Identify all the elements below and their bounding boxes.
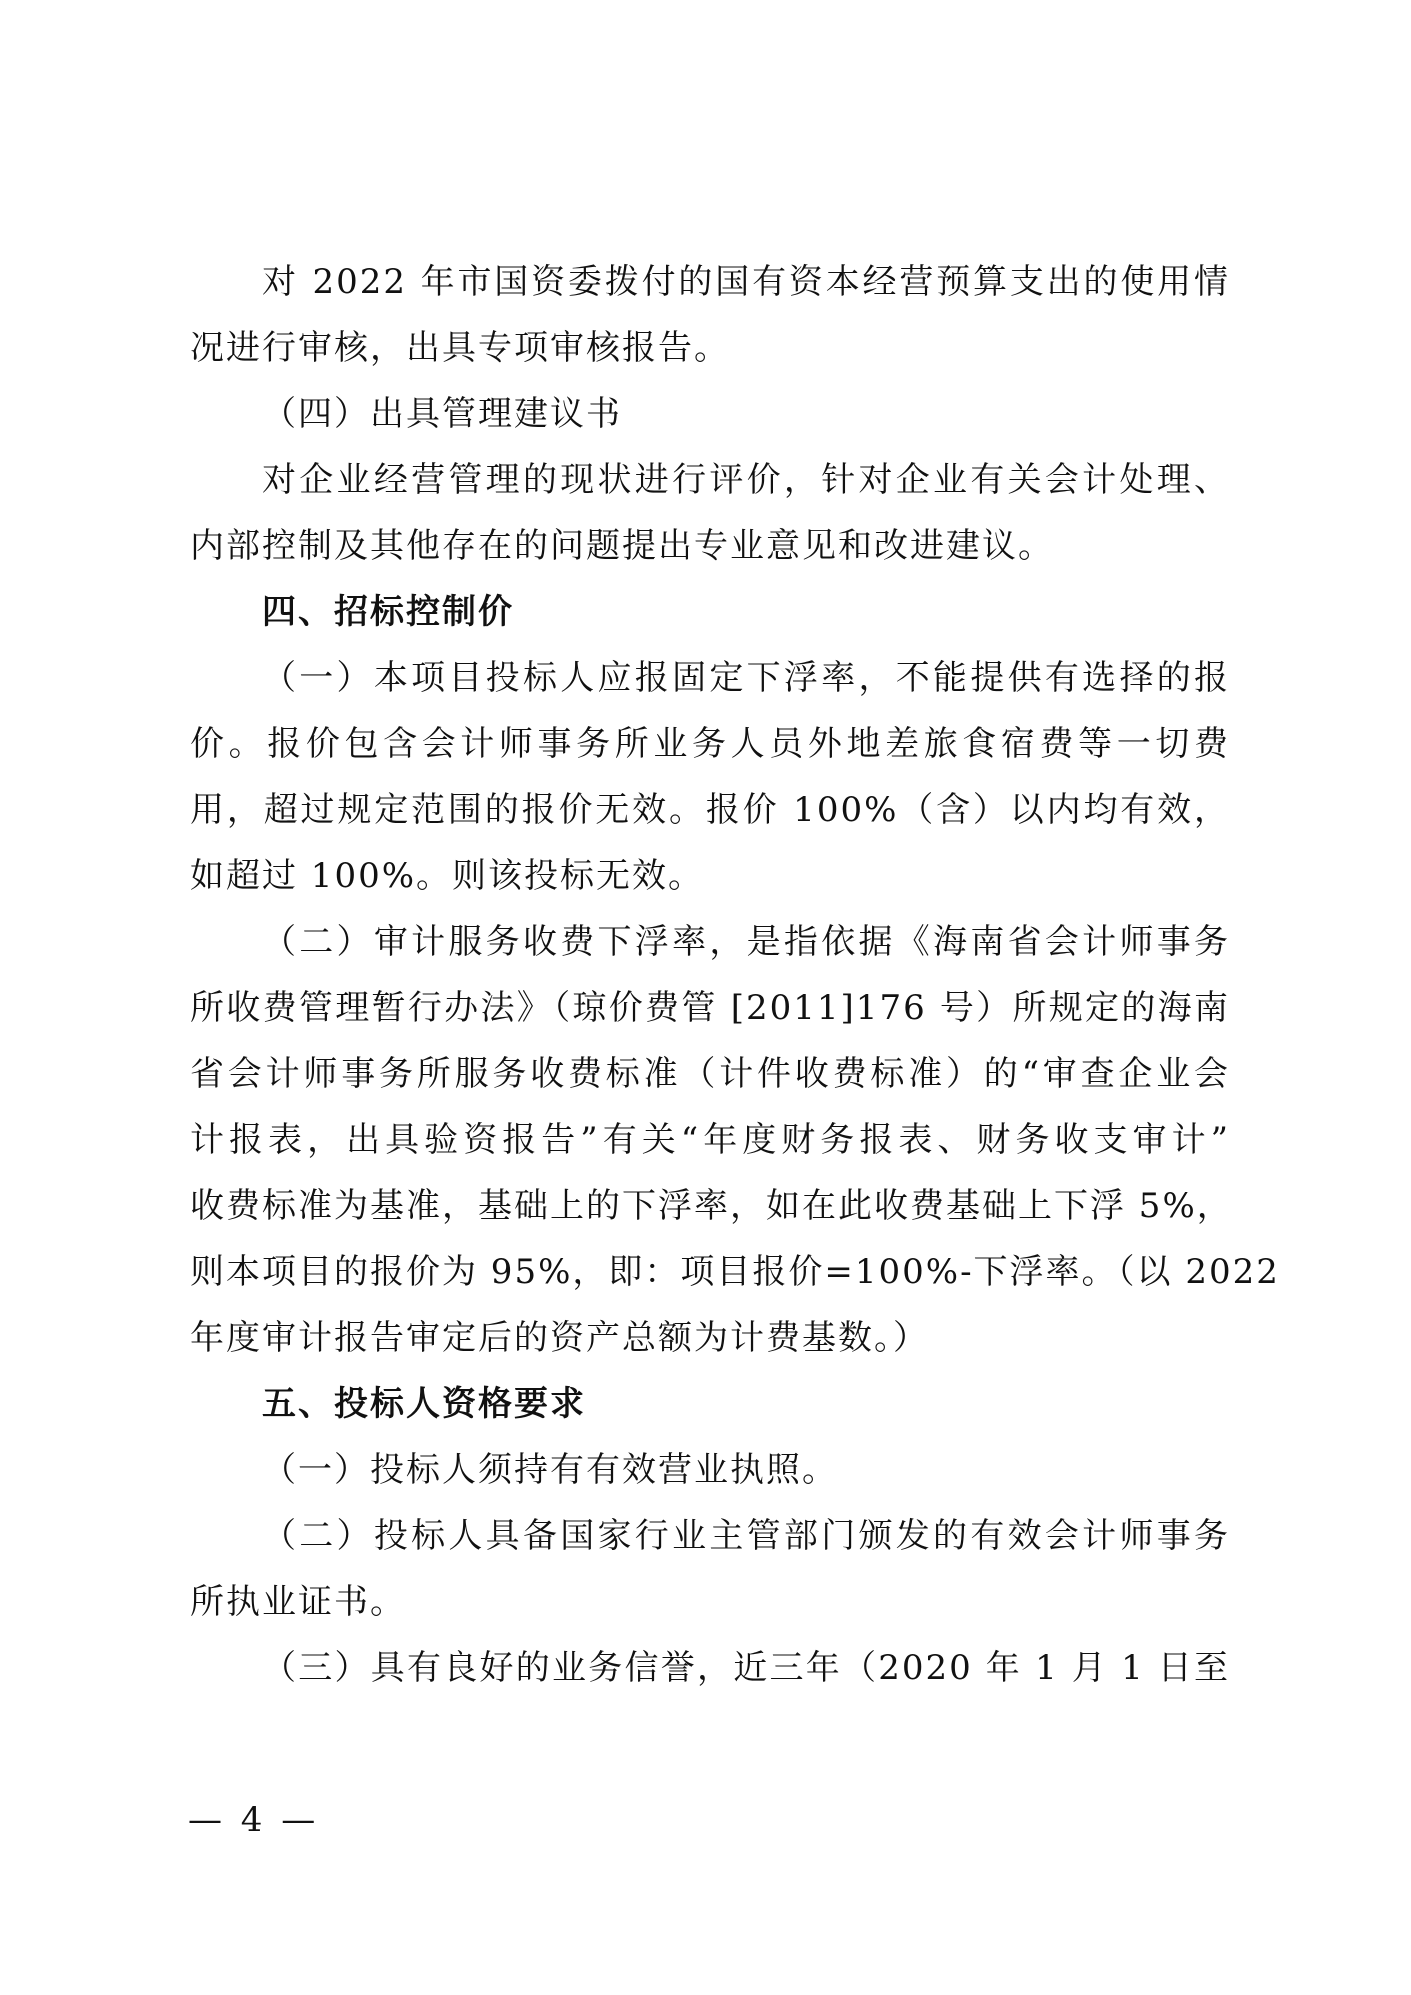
paragraph-line: 省会计师事务所服务收费标准（计件收费标准）的“审查企业会 bbox=[190, 1054, 1230, 1094]
paragraph-line: 所执业证书。 bbox=[190, 1582, 1230, 1622]
paragraph-line: 年度审计报告审定后的资产总额为计费基数。） bbox=[190, 1318, 1230, 1358]
document-page: 对 2022 年市国资委拨付的国有资本经营预算支出的使用情 况进行审核，出具专项… bbox=[0, 0, 1411, 1995]
paragraph-line: 则本项目的报价为 95%，即：项目报价=100%-下浮率。（以 2022 bbox=[190, 1252, 1230, 1292]
paragraph-line: 价。报价包含会计师事务所业务人员外地差旅食宿费等一切费 bbox=[190, 724, 1230, 764]
paragraph-line: 所收费管理暂行办法》（琼价费管 [2011]176 号）所规定的海南 bbox=[190, 988, 1230, 1028]
paragraph-line: 内部控制及其他存在的问题提出专业意见和改进建议。 bbox=[190, 526, 1230, 566]
paragraph-line: 收费标准为基准，基础上的下浮率，如在此收费基础上下浮 5%， bbox=[190, 1186, 1230, 1226]
paragraph-line: 用，超过规定范围的报价无效。报价 100%（含）以内均有效， bbox=[190, 790, 1230, 830]
paragraph-line: （二）审计服务收费下浮率，是指依据《海南省会计师事务 bbox=[262, 922, 1230, 962]
paragraph-line: （二）投标人具备国家行业主管部门颁发的有效会计师事务 bbox=[262, 1516, 1230, 1556]
section-heading: 五、投标人资格要求 bbox=[262, 1384, 1230, 1424]
paragraph-line: 况进行审核，出具专项审核报告。 bbox=[190, 328, 1230, 368]
paragraph-line: 对企业经营管理的现状进行评价，针对企业有关会计处理、 bbox=[262, 460, 1230, 500]
paragraph-line: （三）具有良好的业务信誉，近三年（2020 年 1 月 1 日至 bbox=[262, 1648, 1230, 1688]
paragraph-line: 对 2022 年市国资委拨付的国有资本经营预算支出的使用情 bbox=[262, 262, 1230, 302]
paragraph-line: （一）投标人须持有有效营业执照。 bbox=[262, 1450, 1230, 1490]
subheading-line: （四）出具管理建议书 bbox=[262, 394, 1230, 434]
section-heading: 四、招标控制价 bbox=[262, 592, 1230, 632]
paragraph-line: 计报表，出具验资报告”有关“年度财务报表、财务收支审计” bbox=[190, 1120, 1230, 1160]
paragraph-line: 如超过 100%。则该投标无效。 bbox=[190, 856, 1230, 896]
paragraph-line: （一）本项目投标人应报固定下浮率，不能提供有选择的报 bbox=[262, 658, 1230, 698]
page-number: — 4 — bbox=[188, 1800, 319, 1840]
